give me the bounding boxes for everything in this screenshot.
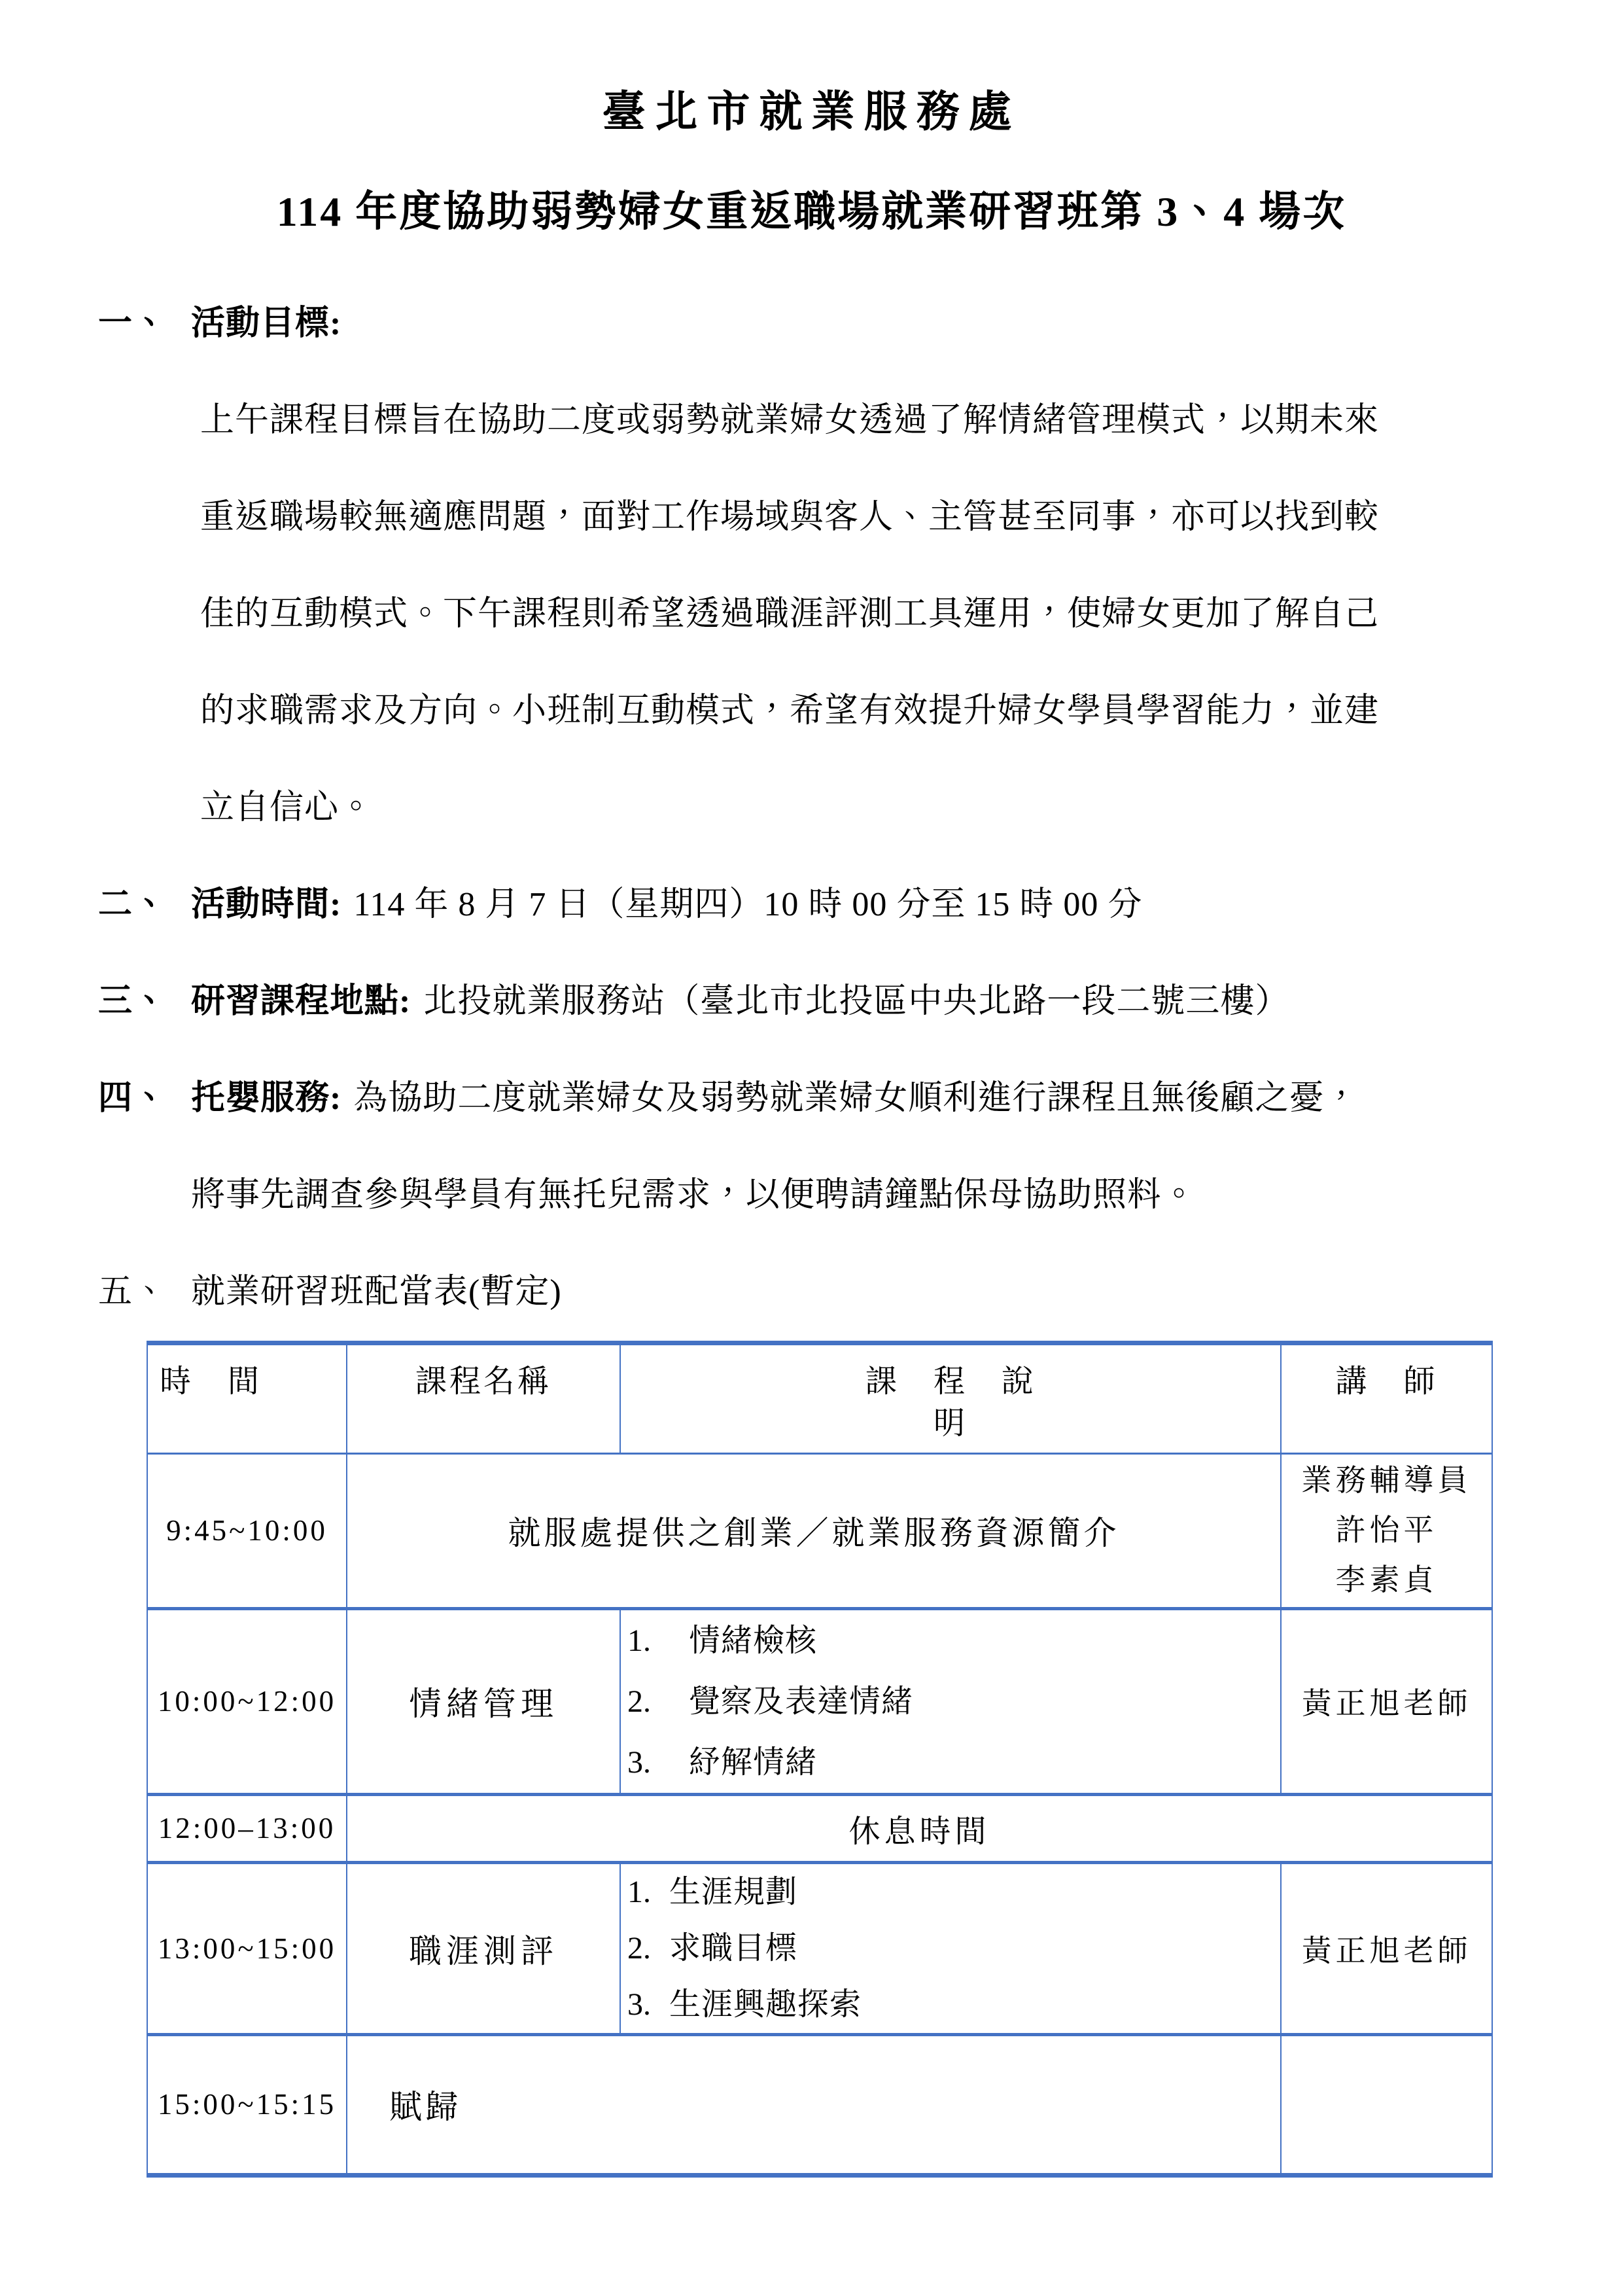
cell-course-description: 1.生涯規劃 2.求職目標 3.生涯興趣探索: [620, 1862, 1281, 2034]
desc-item: 2.覺察及表達情緒: [627, 1671, 1280, 1732]
document-subtitle: 114 年度協助弱勢婦女重返職場就業研習班第 3、4 場次: [0, 189, 1623, 235]
item-text: 生涯規劃: [669, 1875, 797, 1909]
section-heading-line: 活動目標:: [191, 275, 1473, 372]
header-cell-course-name: 課程名稱: [347, 1343, 620, 1453]
document-body: 一、 活動目標: 上午課程目標旨在協助二度或弱勢就業婦女透過了解情緒管理模式，以…: [0, 235, 1623, 2178]
paragraph-line: 重返職場較無適應問題，面對工作場域與客人、主管甚至同事，亦可以找到較: [200, 469, 1473, 566]
item-text: 生涯興趣探索: [669, 1987, 862, 2022]
section-schedule-heading: 五、 就業研習班配當表(暫定): [98, 1244, 1473, 1341]
section-body: 活動時間:114 年 8 月 7 日（星期四）10 時 00 分至 15 時 0…: [191, 857, 1473, 953]
section-marker: 四、: [98, 1050, 191, 1147]
section-body: 活動目標: 上午課程目標旨在協助二度或弱勢就業婦女透過了解情緒管理模式，以期未來…: [191, 275, 1473, 857]
cell-lecturer: 黃正旭老師: [1281, 1862, 1492, 2034]
section-marker: 二、: [98, 857, 191, 953]
section-text: 為協助二度就業婦女及弱勢就業婦女順利進行課程且無後顧之憂，: [353, 1080, 1359, 1117]
section-body: 研習課程地點:北投就業服務站（臺北市北投區中央北路一段二號三樓）: [191, 953, 1473, 1050]
lecturer-line: 許怡平: [1282, 1506, 1492, 1555]
cell-time: 9:45~10:00: [147, 1453, 347, 1608]
header-desc-line1: 課 程 說: [621, 1361, 1280, 1403]
goal-paragraph: 上午課程目標旨在協助二度或弱勢就業婦女透過了解情緒管理模式，以期未來 重返職場較…: [191, 372, 1473, 857]
section-label: 活動目標:: [191, 305, 341, 342]
section-label: 托嬰服務:: [191, 1080, 341, 1117]
section-heading-line: 就業研習班配當表(暫定): [191, 1244, 1473, 1341]
item-number: 1.: [627, 1864, 669, 1920]
item-number: 2.: [627, 1671, 689, 1732]
section-activity-goal: 一、 活動目標: 上午課程目標旨在協助二度或弱勢就業婦女透過了解情緒管理模式，以…: [98, 275, 1473, 857]
section-activity-time: 二、 活動時間:114 年 8 月 7 日（星期四）10 時 00 分至 15 …: [98, 857, 1473, 953]
paragraph-line: 的求職需求及方向。小班制互動模式，希望有效提升婦女學員學習能力，並建: [200, 663, 1473, 760]
cell-time: 12:00–13:00: [147, 1794, 347, 1862]
table-header-row: 時 間 課程名稱 課 程 說 明 講 師: [147, 1343, 1492, 1453]
table-row-emotion-management: 10:00~12:00 情緒管理 1.情緒檢核 2.覺察及表達情緒 3.紓解情緒…: [147, 1608, 1492, 1794]
cell-activity: 賦歸: [347, 2034, 1281, 2175]
header-cell-time: 時 間: [147, 1343, 347, 1453]
desc-item: 3.生涯興趣探索: [627, 1977, 1280, 2033]
cell-course-description: 1.情緒檢核 2.覺察及表達情緒 3.紓解情緒: [620, 1608, 1281, 1794]
item-number: 1.: [627, 1610, 689, 1671]
paragraph-line: 上午課程目標旨在協助二度或弱勢就業婦女透過了解情緒管理模式，以期未來: [200, 372, 1473, 469]
cell-time: 10:00~12:00: [147, 1608, 347, 1794]
cell-lecturer: 業務輔導員 許怡平 李素貞: [1281, 1453, 1492, 1608]
item-text: 求職目標: [669, 1931, 797, 1966]
item-text: 情緒檢核: [689, 1623, 817, 1658]
section-text: 北投就業服務站（臺北市北投區中央北路一段二號三樓）: [423, 983, 1289, 1020]
lecturer-line: 業務輔導員: [1282, 1456, 1492, 1506]
item-number: 2.: [627, 1920, 669, 1977]
paragraph-line: 立自信心。: [200, 760, 1473, 857]
section-body: 就業研習班配當表(暫定): [191, 1244, 1473, 1341]
cell-course-name: 職涯測評: [347, 1862, 620, 2034]
header-cell-course-description: 課 程 說 明: [620, 1343, 1281, 1453]
cell-lecturer-empty: [1281, 2034, 1492, 2175]
section-label: 研習課程地點:: [191, 983, 411, 1020]
document-page: 臺北市就業服務處 114 年度協助弱勢婦女重返職場就業研習班第 3、4 場次 一…: [0, 0, 1623, 2296]
section-heading-line: 研習課程地點:北投就業服務站（臺北市北投區中央北路一段二號三樓）: [191, 953, 1473, 1050]
table-row-intro: 9:45~10:00 就服處提供之創業／就業服務資源簡介 業務輔導員 許怡平 李…: [147, 1453, 1492, 1608]
item-number: 3.: [627, 1977, 669, 2033]
section-marker: 一、: [98, 275, 191, 372]
cell-time: 15:00~15:15: [147, 2034, 347, 2175]
section-marker: 五、: [98, 1244, 191, 1341]
header-cell-lecturer: 講 師: [1281, 1343, 1492, 1453]
lecturer-line: 李素貞: [1282, 1555, 1492, 1605]
cell-time: 13:00~15:00: [147, 1862, 347, 2034]
cell-course-name: 情緒管理: [347, 1608, 620, 1794]
section-label: 活動時間:: [191, 886, 341, 923]
paragraph-line: 佳的互動模式。下午課程則希望透過職涯評測工具運用，使婦女更加了解自己: [200, 566, 1473, 663]
section-heading-line: 活動時間:114 年 8 月 7 日（星期四）10 時 00 分至 15 時 0…: [191, 857, 1473, 953]
desc-item: 1.情緒檢核: [627, 1610, 1280, 1671]
section-continuation-line: 將事先調查參與學員有無托兒需求，以便聘請鐘點保母協助照料。: [191, 1147, 1473, 1244]
section-childcare-service: 四、 托嬰服務:為協助二度就業婦女及弱勢就業婦女順利進行課程且無後顧之憂， 將事…: [98, 1050, 1473, 1244]
section-text: 114 年 8 月 7 日（星期四）10 時 00 分至 15 時 00 分: [353, 886, 1142, 923]
cell-break: 休息時間: [347, 1794, 1492, 1862]
header-desc-line2: 明: [621, 1403, 1280, 1445]
section-course-location: 三、 研習課程地點:北投就業服務站（臺北市北投區中央北路一段二號三樓）: [98, 953, 1473, 1050]
desc-item: 3.紓解情緒: [627, 1732, 1280, 1793]
desc-item: 2.求職目標: [627, 1920, 1280, 1977]
item-number: 3.: [627, 1732, 689, 1793]
item-text: 紓解情緒: [689, 1745, 817, 1780]
section-marker: 三、: [98, 953, 191, 1050]
table-row-departure: 15:00~15:15 賦歸: [147, 2034, 1492, 2175]
table-row-break: 12:00–13:00 休息時間: [147, 1794, 1492, 1862]
section-body: 托嬰服務:為協助二度就業婦女及弱勢就業婦女順利進行課程且無後顧之憂， 將事先調查…: [191, 1050, 1473, 1244]
schedule-table: 時 間 課程名稱 課 程 說 明 講 師 9:45~10:00 就服處提供之創業…: [147, 1341, 1493, 2178]
section-heading-line: 托嬰服務:為協助二度就業婦女及弱勢就業婦女順利進行課程且無後顧之憂，: [191, 1050, 1473, 1147]
desc-item: 1.生涯規劃: [627, 1864, 1280, 1920]
table-row-career-assessment: 13:00~15:00 職涯測評 1.生涯規劃 2.求職目標 3.生涯興趣探索 …: [147, 1862, 1492, 2034]
document-title: 臺北市就業服務處: [0, 0, 1623, 137]
cell-activity: 就服處提供之創業／就業服務資源簡介: [347, 1453, 1281, 1608]
cell-lecturer: 黃正旭老師: [1281, 1608, 1492, 1794]
item-text: 覺察及表達情緒: [689, 1684, 913, 1719]
